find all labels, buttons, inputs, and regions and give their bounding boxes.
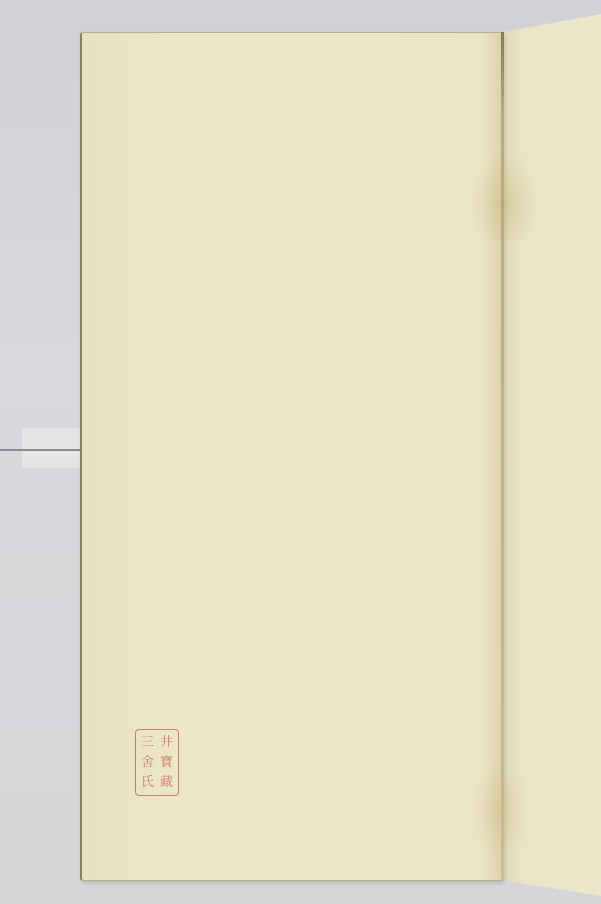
tape-strip: [22, 428, 82, 468]
ruler-line: [0, 449, 82, 451]
water-stain-bottom: [470, 760, 530, 860]
seal-char: 寶: [157, 752, 176, 772]
seal-char: 井: [157, 732, 176, 752]
red-seal-stamp: 三 井 舍 寶 氏 藏: [135, 729, 179, 796]
water-stain-top: [470, 150, 540, 240]
seal-char: 藏: [157, 773, 176, 793]
book-photo: 三 井 舍 寶 氏 藏: [0, 0, 601, 904]
seal-char: 舍: [138, 752, 157, 772]
seal-char: 氏: [138, 773, 157, 793]
seal-char: 三: [138, 732, 157, 752]
